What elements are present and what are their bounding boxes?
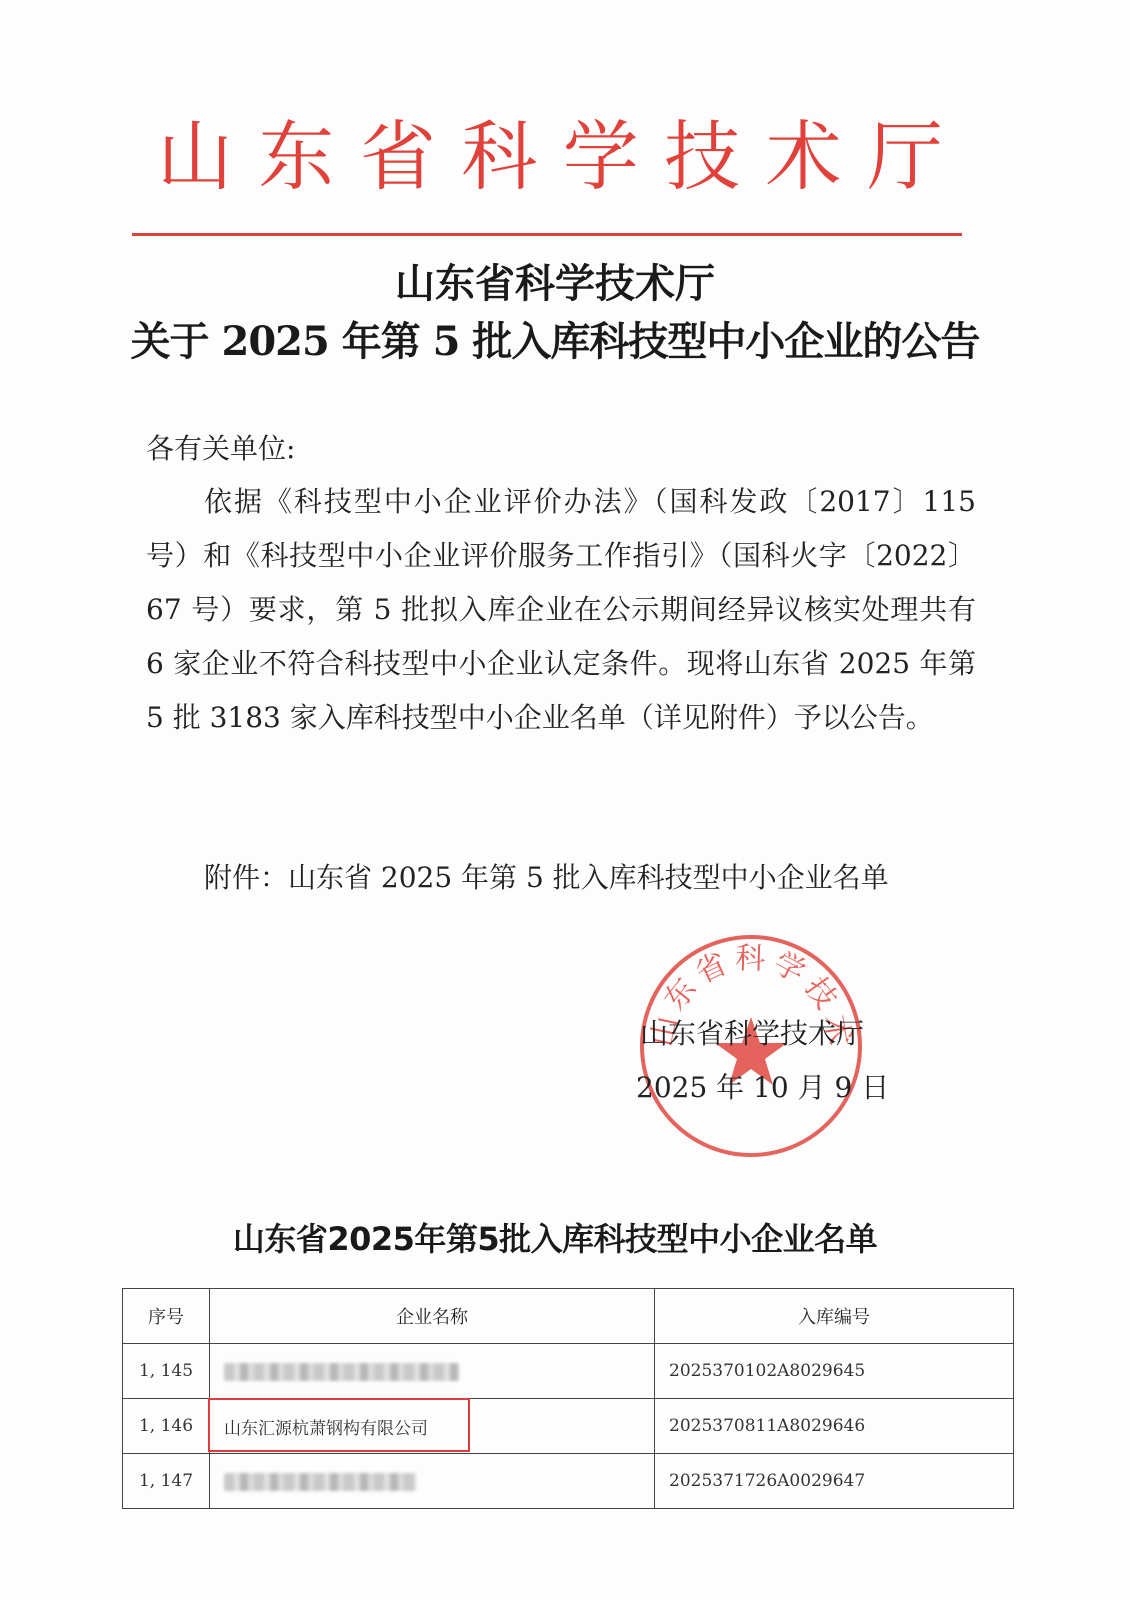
column-header-index: 序号: [123, 1289, 210, 1344]
row-index: 1, 147: [123, 1454, 210, 1509]
signature-organization: 山东省科学技术厅: [640, 1012, 864, 1052]
letterhead-char: 东: [251, 96, 341, 205]
column-header-code: 入库编号: [655, 1289, 1014, 1344]
attachment-reference: 附件：山东省 2025 年第 5 批入库科技型中小企业名单: [204, 856, 889, 896]
letterhead-divider: [132, 233, 962, 236]
row-code: 2025370102A8029645: [655, 1344, 1014, 1399]
document-page: 山 东 省 科 学 技 术 厅 山东省科学技术厅 关于 2025 年第 5 批入…: [0, 0, 1130, 1600]
letterhead-char: 科: [454, 96, 544, 205]
notice-title-issuer: 山东省科学技术厅: [0, 252, 1110, 309]
letterhead-title: 山 东 省 科 学 技 术 厅: [150, 100, 950, 200]
salutation: 各有关单位:: [146, 422, 976, 476]
redacted-text: [224, 1363, 459, 1381]
letterhead-char: 术: [759, 96, 849, 205]
letterhead-char: 厅: [860, 96, 950, 205]
attachment-list-title: 山东省2025年第5批入库科技型中小企业名单: [0, 1214, 1110, 1260]
row-code: 2025370811A8029646: [655, 1399, 1014, 1454]
letterhead-char: 山: [150, 96, 240, 205]
column-header-name: 企业名称: [210, 1289, 655, 1344]
table-header-row: 序号 企业名称 入库编号: [123, 1289, 1014, 1344]
row-company-name-redacted: [210, 1344, 655, 1399]
redacted-text: [224, 1473, 416, 1491]
highlight-annotation-box: [208, 1398, 470, 1452]
notice-title: 关于 2025 年第 5 批入库科技型中小企业的公告: [0, 310, 1110, 367]
table-row: 1, 147 2025371726A0029647: [123, 1454, 1014, 1509]
letterhead-char: 学: [556, 96, 646, 205]
row-index: 1, 146: [123, 1399, 210, 1454]
notice-body: 依据《科技型中小企业评价办法》（国科发政〔2017〕115 号）和《科技型中小企…: [146, 475, 976, 745]
row-company-name-redacted: [210, 1454, 655, 1509]
row-code: 2025371726A0029647: [655, 1454, 1014, 1509]
table-row: 1, 145 2025370102A8029645: [123, 1344, 1014, 1399]
letterhead-char: 省: [353, 96, 443, 205]
signature-date: 2025 年 10 月 9 日: [636, 1066, 889, 1106]
letterhead-char: 技: [657, 96, 747, 205]
row-index: 1, 145: [123, 1344, 210, 1399]
